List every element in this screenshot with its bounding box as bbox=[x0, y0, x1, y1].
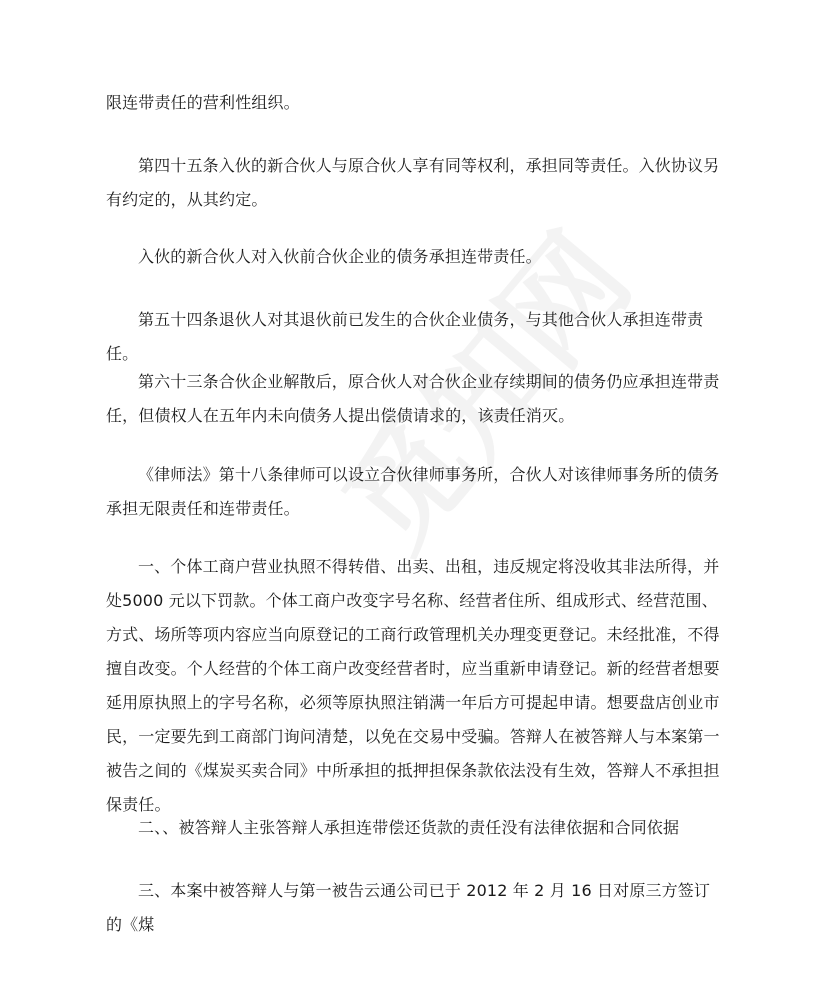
paragraph-section-two: 二、、被答辩人主张答辩人承担连带偿还货款的责任没有法律依据和合同依据 bbox=[106, 811, 726, 845]
paragraph-article-54: 第五十四条退伙人对其退伙前已发生的合伙企业债务，与其他合伙人承担连带责任。 bbox=[106, 303, 726, 371]
paragraph-continuation: 限连带责任的营利性组织。 bbox=[106, 86, 726, 120]
paragraph-section-one: 一、个体工商户营业执照不得转借、出卖、出租，违反规定将没收其非法所得，并处500… bbox=[106, 550, 726, 822]
paragraph-section-three: 三、本案中被答辩人与第一被告云通公司已于 2012 年 2 月 16 日对原三方… bbox=[106, 874, 726, 942]
paragraph-new-partner-liability: 入伙的新合伙人对入伙前合伙企业的债务承担连带责任。 bbox=[106, 240, 726, 274]
paragraph-article-45: 第四十五条入伙的新合伙人与原合伙人享有同等权利，承担同等责任。入伙协议另有约定的… bbox=[106, 149, 726, 217]
document-page: 觅知网 限连带责任的营利性组织。 第四十五条入伙的新合伙人与原合伙人享有同等权利… bbox=[0, 0, 830, 986]
paragraph-lawyer-law: 《律师法》第十八条律师可以设立合伙律师事务所，合伙人对该律师事务所的债务承担无限… bbox=[106, 458, 726, 526]
paragraph-article-63: 第六十三条合伙企业解散后，原合伙人对合伙企业存续期间的债务仍应承担连带责任，但债… bbox=[106, 365, 726, 433]
